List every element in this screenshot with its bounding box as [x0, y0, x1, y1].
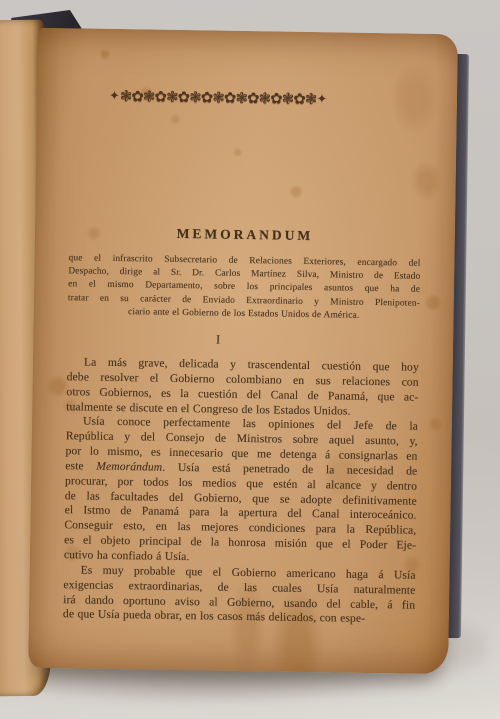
head-note: que el infrascrito Subsecretario de Rela…	[68, 252, 421, 324]
page-content: ✦ ❃✿❃✿❃✿❃✿❃✿❃✿❃✿❃✿❃ ✦ MEMORANDUM que el …	[28, 28, 458, 675]
body-text: La más grave, delicada y trascendental c…	[63, 355, 419, 628]
ornament-left-finial-icon: ✦	[109, 89, 120, 102]
ornament-right-finial-icon: ✦	[316, 93, 327, 106]
paragraph: Es muy probable que el Gobierno american…	[63, 563, 416, 628]
page-title: MEMORANDUM	[35, 224, 455, 247]
paragraph: Usía conoce perfectamente las opiniones …	[64, 415, 418, 569]
ornament-band: ✦ ❃✿❃✿❃✿❃✿❃✿❃✿❃✿❃✿❃ ✦	[97, 81, 339, 115]
paragraph: La más grave, delicada y trascendental c…	[66, 355, 419, 420]
section-numeral: I	[33, 330, 403, 351]
book-page: ✦ ❃✿❃✿❃✿❃✿❃✿❃✿❃✿❃✿❃ ✦ MEMORANDUM que el …	[28, 28, 458, 675]
book-photo: ✦ ❃✿❃✿❃✿❃✿❃✿❃✿❃✿❃✿❃ ✦ MEMORANDUM que el …	[0, 0, 500, 719]
ornament-rosette-band-icon: ❃✿❃✿❃✿❃✿❃✿❃✿❃✿❃✿❃	[120, 89, 317, 107]
